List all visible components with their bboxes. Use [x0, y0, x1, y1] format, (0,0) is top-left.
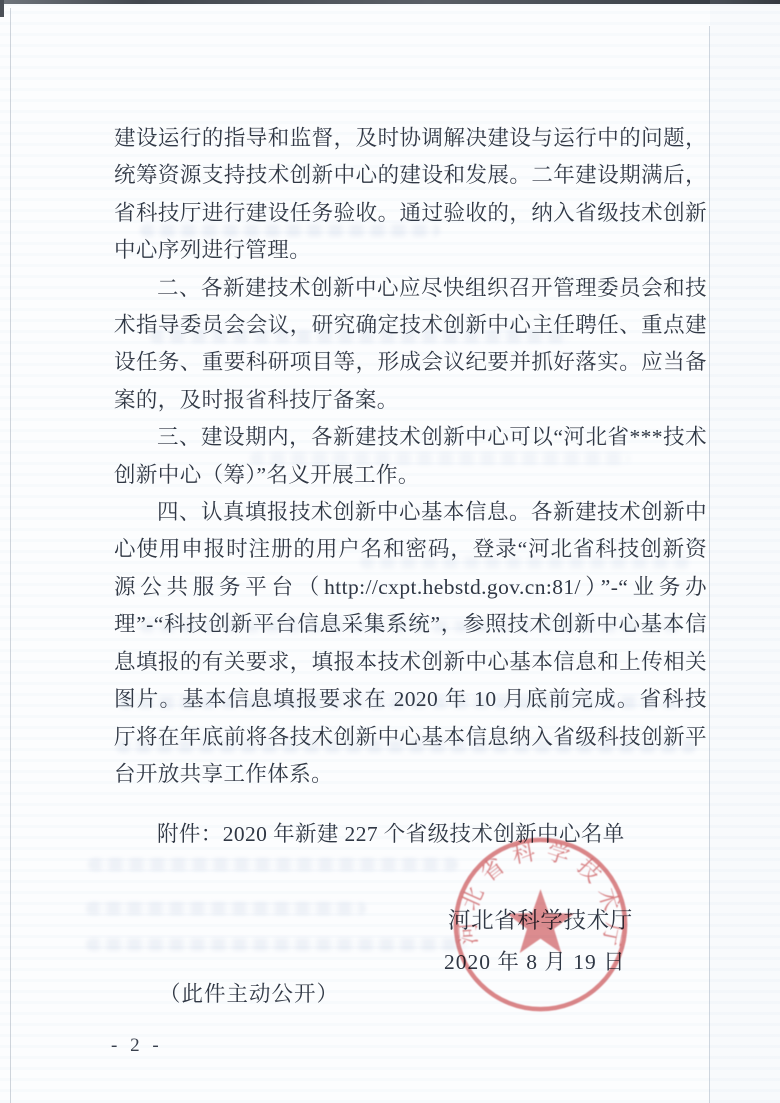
scan-right-margin	[710, 0, 780, 1103]
scan-artifact	[86, 938, 466, 951]
paragraph-4: 四、认真填报技术创新中心基本信息。各新建技术创新中心使用申报时注册的用户名和密码…	[114, 494, 707, 793]
scan-top-edge	[0, 0, 780, 4]
paragraph-1: 建设运行的指导和监督，及时协调解决建设与运行中的问题，统筹资源支持技术创新中心的…	[114, 120, 707, 270]
paragraph-3: 三、建设期内，各新建技术创新中心可以“河北省***技术创新中心（筹）”名义开展工…	[114, 419, 707, 494]
scan-artifact	[86, 902, 366, 915]
star-icon	[507, 889, 574, 953]
page-number: - 2 -	[111, 1035, 163, 1057]
publicity-note: （此件主动公开）	[159, 977, 339, 1008]
document-body: 建设运行的指导和监督，及时协调解决建设与运行中的问题，统筹资源支持技术创新中心的…	[114, 120, 707, 854]
scan-corner-mark	[0, 0, 4, 17]
scan-left-fold-line	[10, 8, 11, 1103]
scan-artifact	[88, 858, 458, 871]
paragraph-2: 二、各新建技术创新中心应尽快组织召开管理委员会和技术指导委员会会议，研究确定技术…	[114, 270, 707, 420]
official-seal: 河北省科学技术厅	[447, 831, 634, 1018]
scanned-document-page: 建设运行的指导和监督，及时协调解决建设与运行中的问题，统筹资源支持技术创新中心的…	[0, 0, 780, 1103]
